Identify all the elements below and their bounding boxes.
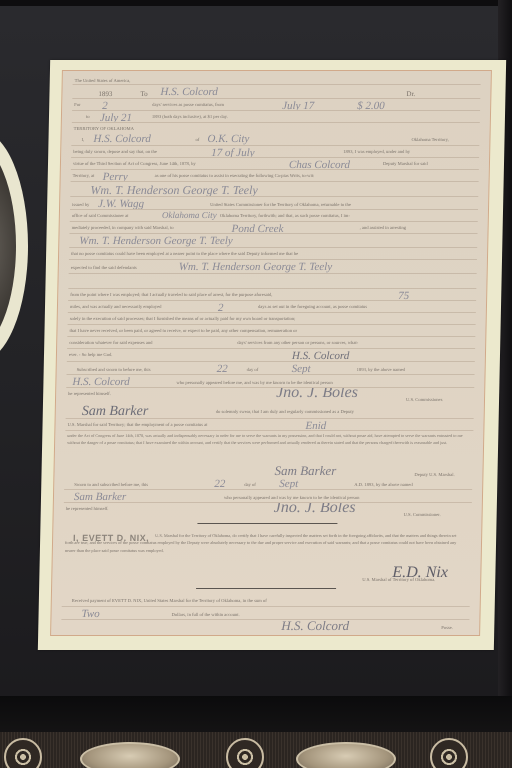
jurat1-name: H.S. Colcord — [72, 375, 130, 388]
affiant-residence: O.K. City — [207, 132, 249, 146]
posse-signature: H.S. Colcord — [281, 620, 349, 634]
header-country-row: The United States of America, — [73, 75, 481, 85]
spacer-row — [68, 274, 476, 289]
never-text: that I have never received, or been paid… — [69, 327, 297, 336]
posse-label: Posse. — [441, 624, 453, 633]
miles-text: miles, and was actually and necessarily … — [70, 303, 162, 312]
from-row: from the point where I was employed; tha… — [68, 289, 476, 301]
deputy-oath-place: Enid — [305, 419, 326, 431]
miles-traveled: 75 — [398, 289, 409, 301]
deputy-name: Sam Barker — [81, 402, 148, 419]
header-row: 1893 To H.S. Colcord Dr. — [72, 85, 480, 99]
affidavit-employed-text: 1893, I was employed, under and by — [343, 148, 410, 157]
jurat2-represented: he represented himself. — [66, 505, 109, 514]
never-row: that I have never received, or been paid… — [67, 325, 475, 337]
affiant-territory: Oklahoma Territory, — [411, 136, 448, 145]
miles-row: miles, and was actually and necessarily … — [68, 301, 476, 313]
line-for: For 2 days' services as posse comitatus,… — [72, 99, 480, 111]
issuing-commissioner: J.W. Wagg — [98, 197, 144, 210]
jurat2-day: 22 — [214, 477, 225, 490]
line-to-text: 1893 (both days inclusive), at $1 per da… — [152, 113, 228, 122]
office-label: office of said Commissioner at — [72, 212, 129, 221]
jurat1-represented: he represented himself. — [68, 390, 111, 399]
jurat2-day-of: day of — [244, 481, 256, 490]
frame-bottom-band — [0, 696, 512, 732]
proceeded-row: mediately proceeded, in company with sai… — [69, 222, 477, 234]
receipt-amount-text: Dollars, in full of the within account. — [171, 611, 239, 620]
jurat2-name: Sam Barker — [74, 490, 127, 503]
deputy-oath-text: do solemnly swear, that I am duly and re… — [216, 408, 354, 417]
marshal-certificate-text: U.S. Marshal for the Territory of Oklaho… — [65, 532, 465, 554]
affidavit-line-2: being duly sworn, depose and say that, o… — [71, 146, 479, 158]
days-text: days as set out in the foregoing account… — [258, 303, 367, 312]
jurat1-text: Subscribed and sworn to before me, this — [77, 366, 151, 375]
line-for-text: days' services as posse comitatus, from — [152, 101, 224, 110]
jurat2-commissioner-signature: Jno. J. Boles — [273, 503, 355, 517]
proceeded-text: mediately proceeded, in company with sai… — [72, 224, 174, 233]
marshal-sign-row: E.D. Nix U.S. Marshal of Territory of Ok… — [62, 566, 470, 582]
jurat2-appeared-text: who personally appeared and was by me kn… — [224, 494, 360, 503]
affidavit-line-4: Territory, at Perry as one of his posse … — [71, 170, 479, 182]
affidavit-name-row: I, H.S. Colcord of O.K. City Oklahoma Te… — [71, 132, 479, 146]
affidavit-sworn-text: being duly sworn, depose and say that, o… — [73, 148, 157, 157]
affidavit-act-text: virtue of the Third Section of Act of Co… — [73, 160, 196, 169]
jurat2-row: Sworn to and subscribed before me, this … — [64, 477, 472, 490]
jurat1-year-text: 1893, by the above named — [357, 366, 406, 375]
jurat1-day-of: day of — [247, 366, 259, 375]
deputy-sign-row: Sam Barker Deputy U.S. Marshal. — [64, 463, 472, 477]
territory-row: TERRITORY OF OKLAHOMA — [72, 123, 480, 132]
jurat2-month: Sept — [279, 477, 298, 490]
affiant-signature: H.S. Colcord — [292, 349, 350, 362]
expected-row: expected to find the said defendants Wm.… — [69, 260, 477, 274]
line-for-from-date: July 17 — [282, 99, 315, 111]
consideration-text-b: days' services from any other person or … — [237, 339, 358, 348]
solely-text: solely in the execution of said processe… — [70, 315, 296, 324]
jurat1-appeared-text: who personally appeared before me, and w… — [176, 379, 332, 388]
jurat2-commissioner-title: U.S. Commissioner. — [404, 511, 441, 517]
consideration-row: consideration whatever for said expenses… — [67, 337, 475, 349]
header-country: The United States of America, — [75, 77, 131, 85]
receipt-row: Received payment of EVETT D. NIX, United… — [62, 595, 470, 607]
arrested-defendants: Wm. T. Henderson George T. Teely — [79, 234, 233, 248]
header-to-label: To — [140, 88, 148, 99]
deputy-oath-row-2: U.S. Marshal for said Territory; that th… — [65, 419, 473, 431]
jurat2-year-text: A.D. 1893, by the above named — [354, 481, 413, 490]
expected-defendants: Wm. T. Henderson George T. Teely — [179, 260, 333, 274]
marshal-certificate: I, EVETT D. NIX, U.S. Marshal for the Te… — [63, 530, 472, 566]
affidavit-intro: I, — [81, 136, 84, 145]
receipt-text: Received payment of EVETT D. NIX, United… — [72, 597, 267, 606]
receipt-sign-row: H.S. Colcord Posse. — [61, 620, 469, 634]
jurat2-sign-row: he represented himself. Jno. J. Boles U.… — [64, 503, 472, 517]
jurat2-name-row: Sam Barker who personally appeared and w… — [64, 490, 472, 503]
header-year: 1893 — [98, 88, 112, 99]
help-row: ever. - So help me God. H.S. Colcord — [67, 349, 475, 362]
marshal-voucher-document: The United States of America, 1893 To H.… — [50, 70, 492, 636]
rosette-ornament-icon — [226, 738, 264, 768]
jurat1-name-row: H.S. Colcord who personally appeared bef… — [66, 375, 474, 388]
affidavit-line-3: virtue of the Third Section of Act of Co… — [71, 158, 479, 170]
nearer-text: that no posse comitatus could have been … — [71, 250, 298, 259]
issued-row: issued by J.W. Wagg United States Commis… — [70, 197, 478, 210]
affidavit-writ-defendants: Wm. T. Henderson George T. Teely — [90, 182, 258, 197]
section-divider-2 — [196, 588, 336, 589]
bead-ornament-icon — [296, 742, 396, 768]
line-to-date: July 21 — [100, 111, 133, 123]
deputy-oath-row: Sam Barker do solemnly swear, that I am … — [66, 402, 474, 419]
solely-row: solely in the execution of said processe… — [68, 313, 476, 325]
jurat1-day: 22 — [216, 362, 227, 375]
frame-ornament-strip — [0, 732, 512, 768]
consideration-text: consideration whatever for said expenses… — [69, 339, 152, 348]
header-dr-label: Dr. — [406, 88, 415, 99]
proceeded-text-b: , and assisted in arresting — [360, 224, 406, 233]
bead-ornament-icon — [80, 742, 180, 768]
deputy-signature: Sam Barker — [274, 463, 336, 477]
jurat1-month: Sept — [291, 362, 310, 375]
proceeded-place: Pond Creek — [231, 222, 283, 234]
deputy-oath-body: under the Act of Congress of June 14th, … — [65, 431, 474, 463]
expected-text: expected to find the said defendants — [71, 264, 137, 273]
office-text: Oklahoma Territory, forthwith; and that,… — [220, 212, 350, 221]
office-place: Oklahoma City — [162, 210, 217, 222]
office-row: office of said Commissioner at Oklahoma … — [70, 210, 478, 222]
affiant-of-label: of — [195, 136, 199, 145]
affidavit-deputy-title: Deputy Marshal for said — [383, 160, 428, 169]
arrested-row: Wm. T. Henderson George T. Teely — [69, 234, 477, 248]
affidavit-at-label: Territory, at — [73, 172, 95, 181]
jurat2-text: Sworn to and subscribed before me, this — [74, 481, 148, 490]
line-for-label: For — [74, 101, 81, 110]
rosette-ornament-icon — [430, 738, 468, 768]
issued-by-text: United States Commissioner for the Terri… — [210, 201, 351, 210]
receipt-amount-row: Two Dollars, in full of the within accou… — [61, 607, 469, 620]
from-text: from the point where I was employed; tha… — [70, 291, 272, 300]
section-divider — [197, 523, 337, 524]
line-to: to July 21 1893 (both days inclusive), a… — [72, 111, 480, 123]
affidavit-writs-text: as one of his posse comitatus to assist … — [155, 172, 315, 181]
oath-closing: ever. - So help me God. — [69, 351, 113, 360]
line-for-amount: $ 2.00 — [357, 99, 385, 111]
jurat1-sign-row: he represented himself. Jno. J. Boles U.… — [66, 388, 474, 402]
affiant-name: H.S. Colcord — [93, 132, 151, 146]
line-to-label: to — [86, 113, 90, 122]
line-for-days: 2 — [102, 99, 108, 111]
receipt-amount: Two — [81, 607, 100, 620]
jurat1-row: Subscribed and sworn to before me, this … — [67, 362, 475, 375]
rosette-ornament-icon — [4, 738, 42, 768]
days-employed: 2 — [218, 301, 224, 313]
jurat1-commissioner-signature: Jno. J. Boles — [276, 388, 358, 402]
affidavit-employed-date: 17 of July — [211, 146, 255, 158]
marshal-title: U.S. Marshal of Territory of Oklahoma. — [362, 576, 435, 582]
affidavit-at-place: Perry — [102, 170, 127, 182]
deputy-oath-text-2: U.S. Marshal for said Territory; that th… — [67, 421, 207, 430]
header-payee: H.S. Colcord — [160, 85, 218, 99]
affidavit-deputy-name: Chas Colcord — [289, 158, 350, 170]
issued-by-label: issued by — [72, 201, 89, 210]
affidavit-writs-row: Wm. T. Henderson George T. Teely — [70, 182, 478, 197]
nearer-row: that no posse comitatus could have been … — [69, 248, 477, 260]
territory-heading: TERRITORY OF OKLAHOMA — [74, 125, 134, 132]
